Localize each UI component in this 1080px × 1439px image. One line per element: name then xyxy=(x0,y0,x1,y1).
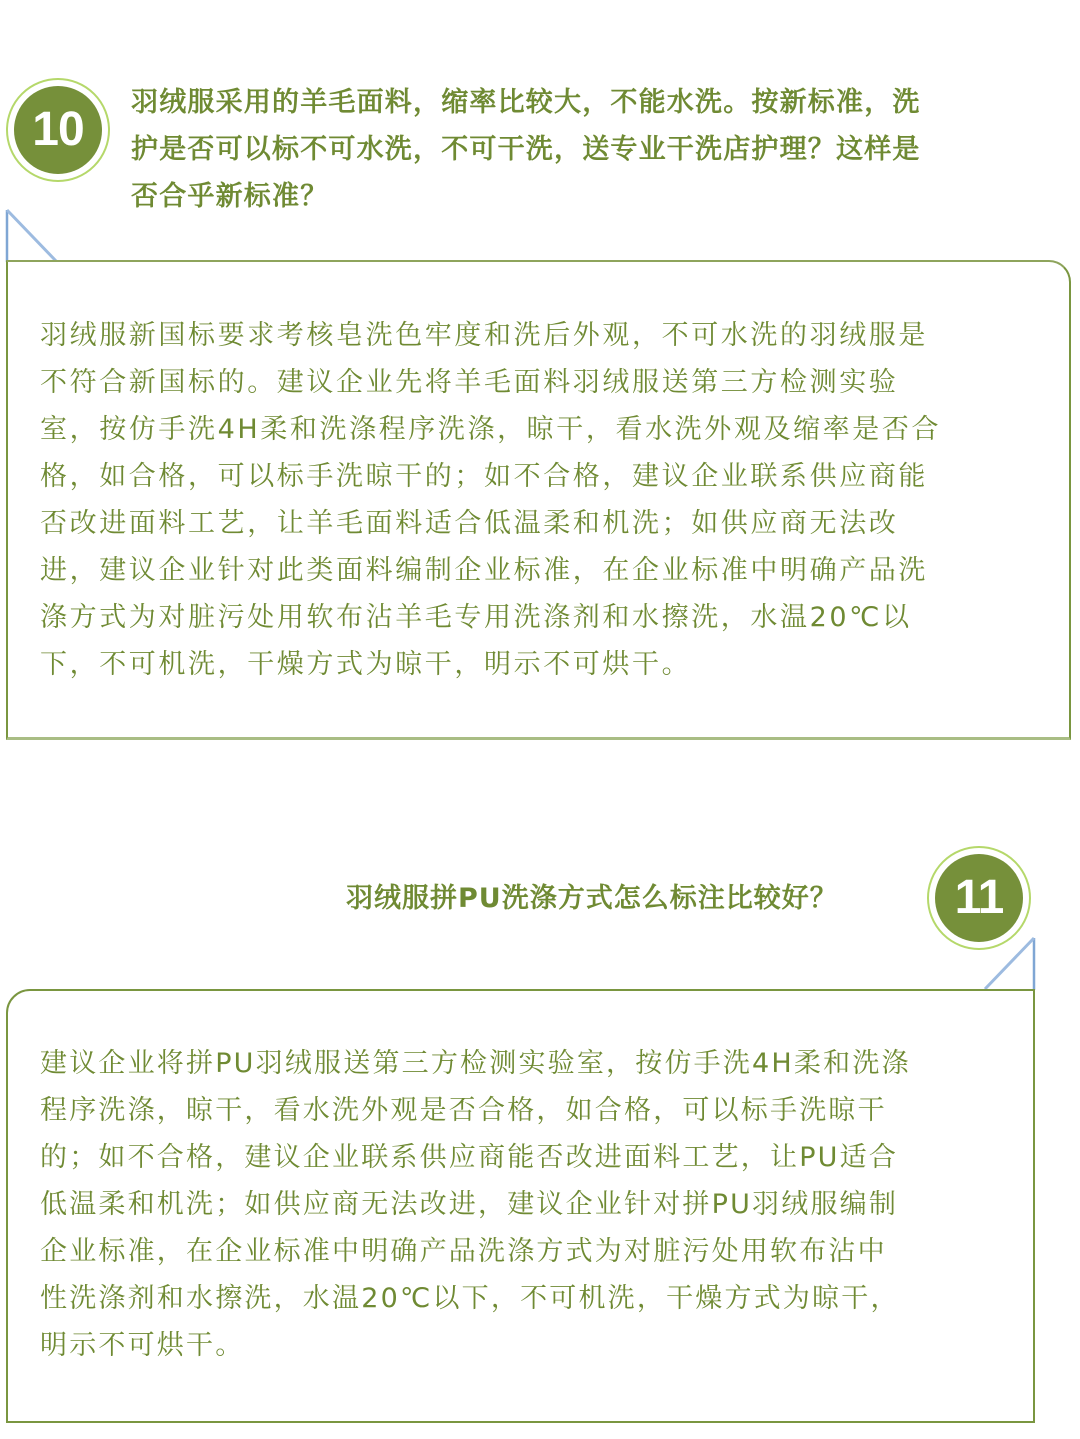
question-heading: 羽绒服采用的羊毛面料，缩率比较大，不能水洗。按新标准，洗 护是否可以标不可水洗，… xyxy=(131,79,921,220)
bubble-tail-icon xyxy=(970,935,1040,995)
answer-line: 不符合新国标的。建议企业先将羊毛面料羽绒服送第三方检测实验 xyxy=(40,359,941,406)
number-badge: 10 xyxy=(6,78,110,182)
question-line: 护是否可以标不可水洗，不可干洗，送专业干洗店护理？这样是 xyxy=(131,126,921,173)
answer-line: 下，不可机洗，干燥方式为晾干，明示不可烘干。 xyxy=(40,641,941,688)
answer-line: 性洗涤剂和水擦洗，水温20℃以下，不可机洗，干燥方式为晾干， xyxy=(40,1275,911,1322)
question-line: 羽绒服采用的羊毛面料，缩率比较大，不能水洗。按新标准，洗 xyxy=(131,79,921,126)
answer-line: 程序洗涤，晾干，看水洗外观是否合格，如合格，可以标手洗晾干 xyxy=(40,1087,911,1134)
answer-card: 建议企业将拼PU羽绒服送第三方检测实验室，按仿手洗4H柔和洗涤 程序洗涤，晾干，… xyxy=(6,989,1035,1423)
answer-line: 进，建议企业针对此类面料编制企业标准，在企业标准中明确产品洗 xyxy=(40,547,941,594)
answer-text: 羽绒服新国标要求考核皂洗色牢度和洗后外观，不可水洗的羽绒服是 不符合新国标的。建… xyxy=(40,312,941,688)
answer-line: 的；如不合格，建议企业联系供应商能否改进面料工艺，让PU适合 xyxy=(40,1134,911,1181)
answer-line: 否改进面料工艺，让羊毛面料适合低温柔和机洗；如供应商无法改 xyxy=(40,500,941,547)
answer-line: 明示不可烘干。 xyxy=(40,1322,911,1369)
badge-number: 11 xyxy=(935,854,1023,942)
answer-line: 建议企业将拼PU羽绒服送第三方检测实验室，按仿手洗4H柔和洗涤 xyxy=(40,1040,911,1087)
answer-text: 建议企业将拼PU羽绒服送第三方检测实验室，按仿手洗4H柔和洗涤 程序洗涤，晾干，… xyxy=(40,1040,911,1369)
answer-line: 格，如合格，可以标手洗晾干的；如不合格，建议企业联系供应商能 xyxy=(40,453,941,500)
badge-number: 10 xyxy=(14,86,102,174)
answer-card: 羽绒服新国标要求考核皂洗色牢度和洗后外观，不可水洗的羽绒服是 不符合新国标的。建… xyxy=(6,260,1071,740)
answer-line: 室，按仿手洗4H柔和洗涤程序洗涤，晾干，看水洗外观及缩率是否合 xyxy=(40,406,941,453)
question-line: 羽绒服拼PU洗涤方式怎么标注比较好？ xyxy=(346,875,838,922)
answer-line: 低温柔和机洗；如供应商无法改进，建议企业针对拼PU羽绒服编制 xyxy=(40,1181,911,1228)
answer-line: 企业标准，在企业标准中明确产品洗涤方式为对脏污处用软布沾中 xyxy=(40,1228,911,1275)
question-heading: 羽绒服拼PU洗涤方式怎么标注比较好？ xyxy=(346,875,838,922)
answer-line: 羽绒服新国标要求考核皂洗色牢度和洗后外观，不可水洗的羽绒服是 xyxy=(40,312,941,359)
answer-line: 涤方式为对脏污处用软布沾羊毛专用洗涤剂和水擦洗，水温20℃以 xyxy=(40,594,941,641)
question-line: 否合乎新标准？ xyxy=(131,173,921,220)
